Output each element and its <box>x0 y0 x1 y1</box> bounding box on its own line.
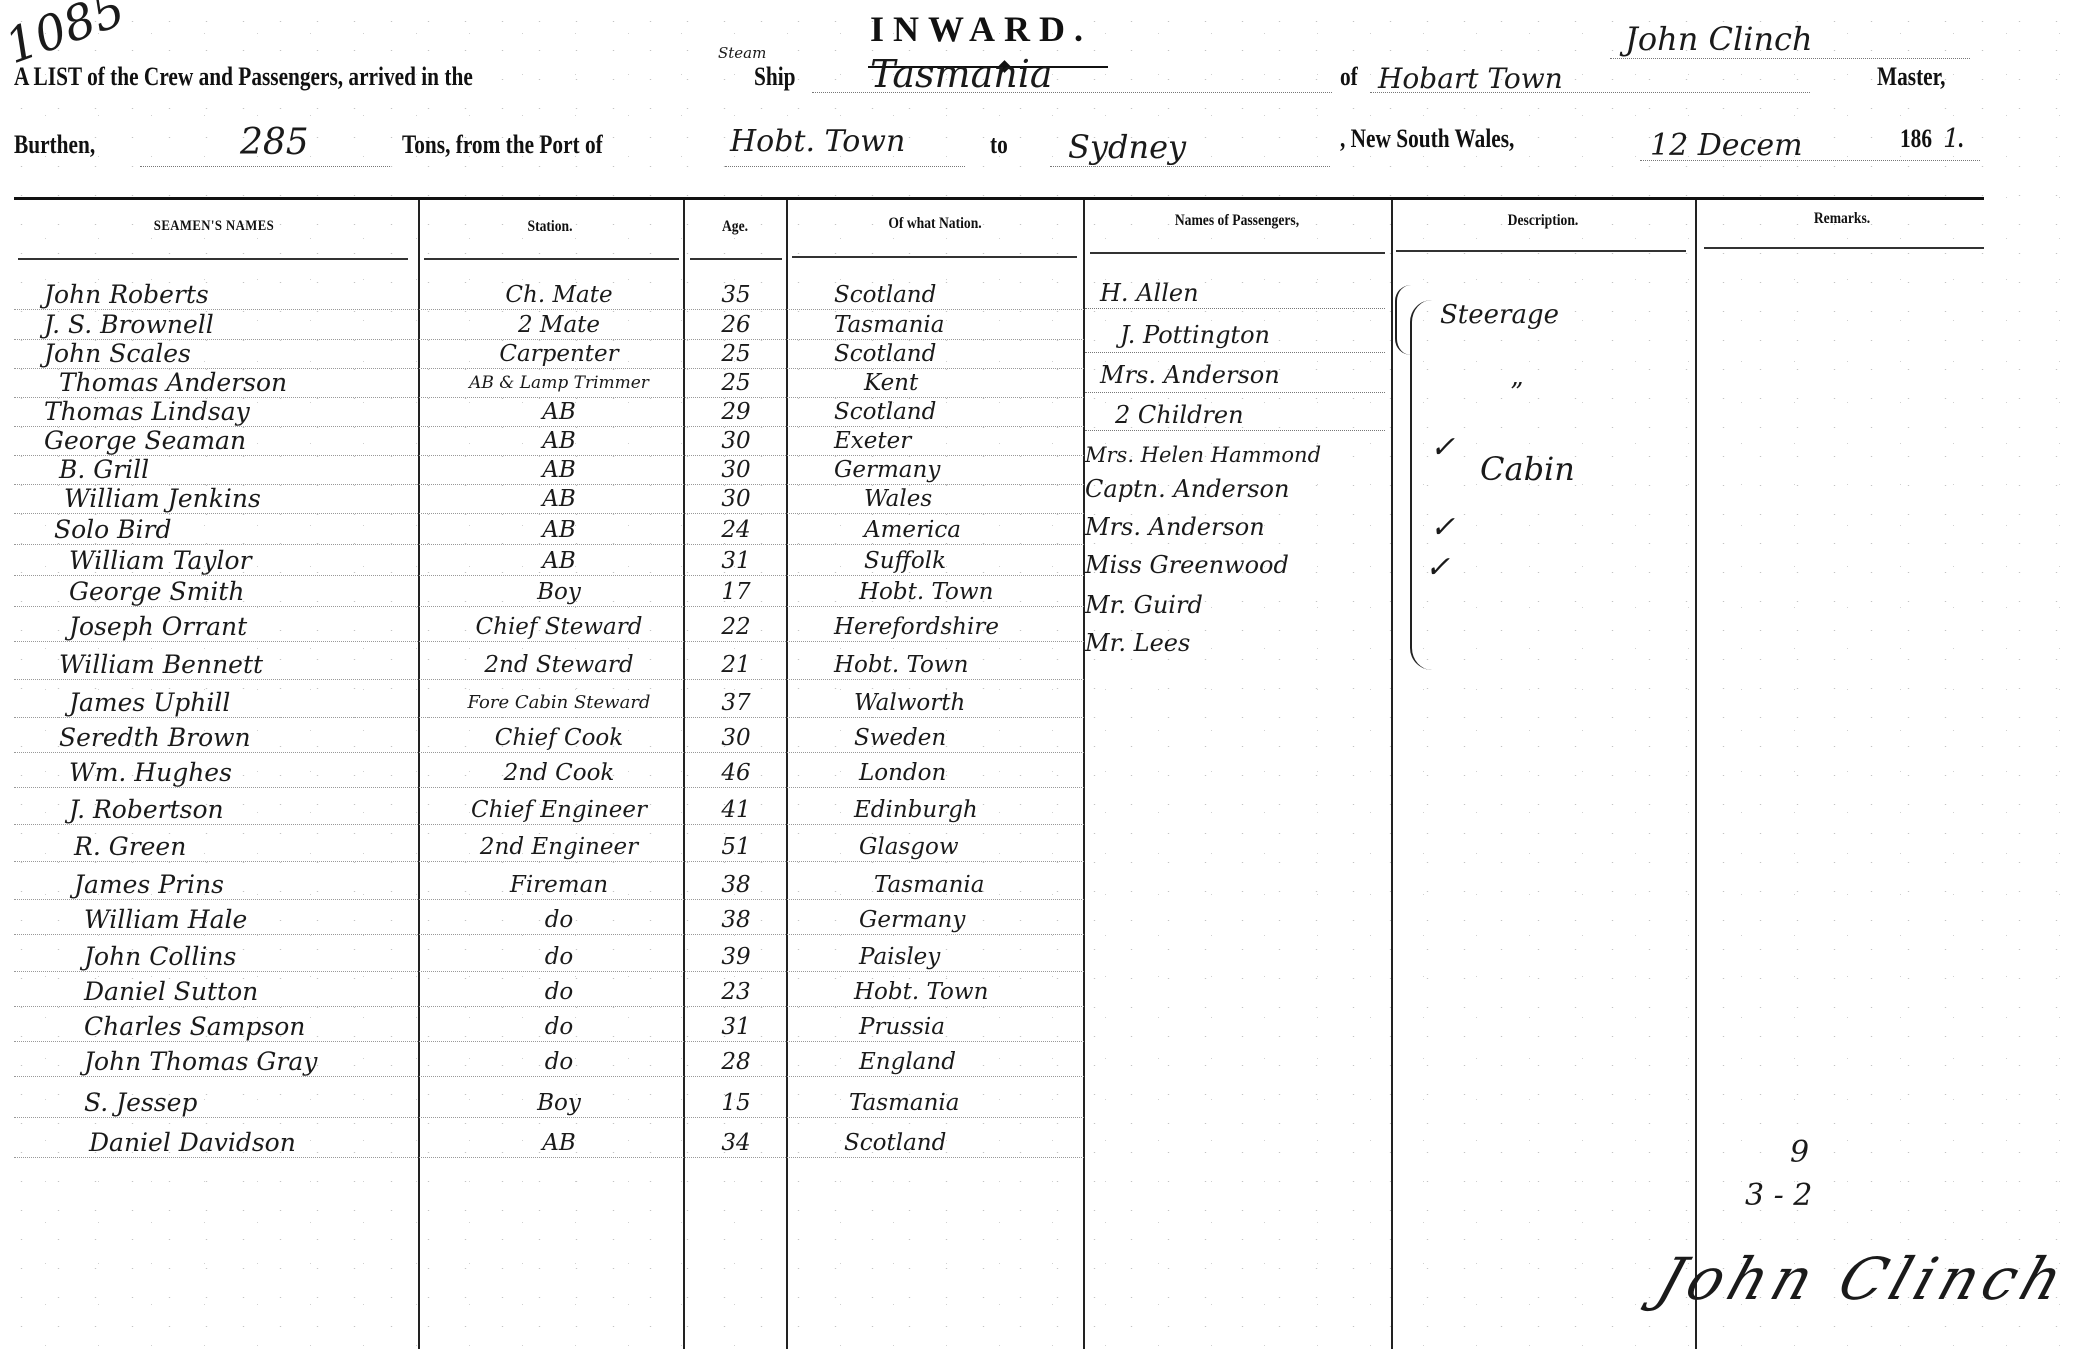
seaman-age: 31 <box>686 546 786 576</box>
seaman-name: John Collins <box>84 942 464 972</box>
arrival-date: 12 Decem <box>1650 128 1803 163</box>
seaman-name: S. Jessep <box>84 1088 464 1118</box>
insertion-steam: Steam <box>718 44 766 62</box>
home-port-line <box>1370 92 1810 93</box>
header-underrule <box>1396 250 1686 252</box>
tick-mark: ✓ <box>1430 510 1455 545</box>
seaman-age: 22 <box>686 612 786 642</box>
ship-name: Tasmania <box>870 52 1053 96</box>
passenger-name: Mr. Lees <box>1085 628 1385 658</box>
seaman-nation: Scotland <box>814 280 1114 310</box>
seaman-nation: Tasmania <box>814 870 1154 900</box>
seaman-nation: Herefordshire <box>814 612 1114 642</box>
seaman-age: 25 <box>686 368 786 398</box>
passenger-name: J. Pottington <box>1120 320 1420 350</box>
passenger-name: Mr. Guird <box>1085 590 1385 620</box>
crew-row: William Bennett2nd Steward21Hobt. Town <box>14 650 1984 680</box>
crew-row: George SeamanAB30Exeter <box>14 426 1984 456</box>
seaman-age: 24 <box>686 515 786 545</box>
seaman-name: George Seaman <box>44 426 424 456</box>
seaman-nation: Germany <box>814 455 1114 485</box>
cabin-brace <box>1410 300 1432 670</box>
tick-mark: ✓ <box>1430 430 1455 465</box>
seaman-age: 38 <box>686 870 786 900</box>
seaman-age: 21 <box>686 650 786 680</box>
passenger-name: Captn. Anderson <box>1085 474 1385 504</box>
seaman-nation: Prussia <box>814 1012 1139 1042</box>
seaman-station: do <box>434 977 684 1007</box>
passenger-rule <box>1085 392 1385 393</box>
seaman-station: AB <box>434 515 684 545</box>
description-steerage: Steerage <box>1440 300 1559 330</box>
seaman-name: Joseph Orrant <box>69 612 449 642</box>
date-line <box>1640 160 1980 161</box>
to-port: Sydney <box>1068 128 1186 166</box>
master-name-line <box>1610 58 1970 59</box>
crew-row: Daniel DavidsonAB34Scotland <box>14 1128 1984 1158</box>
seaman-name: Solo Bird <box>54 515 434 545</box>
seaman-station: AB <box>434 546 684 576</box>
year-prefix: 186 <box>1900 124 1932 154</box>
crew-row: Thomas AndersonAB & Lamp Trimmer25Kent <box>14 368 1984 398</box>
seaman-name: James Uphill <box>69 688 449 718</box>
crew-row: John ScalesCarpenter25Scotland <box>14 339 1984 369</box>
crew-row: Daniel Suttondo23Hobt. Town <box>14 977 1984 1007</box>
ship-label: Ship <box>754 62 795 92</box>
seaman-station: AB <box>434 484 684 514</box>
col-age: Age. <box>693 218 778 236</box>
seaman-station: AB <box>434 426 684 456</box>
passenger-name: Mrs. Helen Hammond <box>1085 440 1385 470</box>
master-signature: John Clinch <box>1649 1245 2074 1313</box>
tons-label: Tons, from the Port of <box>402 130 603 160</box>
seaman-station: Fore Cabin Steward <box>434 688 684 718</box>
burthen-line <box>140 166 390 167</box>
crew-row: R. Green2nd Engineer51Glasgow <box>14 832 1984 862</box>
table-top-rule <box>14 197 1984 200</box>
seaman-age: 39 <box>686 942 786 972</box>
seaman-nation: Tasmania <box>814 1088 1129 1118</box>
to-port-line <box>1050 166 1330 167</box>
seaman-station: 2 Mate <box>434 310 684 340</box>
seaman-station: Boy <box>434 577 684 607</box>
seaman-nation: Walworth <box>814 688 1134 718</box>
seaman-name: J. S. Brownell <box>44 310 424 340</box>
nsw-label: , New South Wales, <box>1340 124 1514 154</box>
passenger-rule <box>1085 308 1385 309</box>
seaman-age: 23 <box>686 977 786 1007</box>
seaman-nation: Hobt. Town <box>814 650 1114 680</box>
crew-row: S. JessepBoy15Tasmania <box>14 1088 1984 1118</box>
crew-row: John Thomas Graydo28England <box>14 1047 1984 1077</box>
seaman-station: AB <box>434 397 684 427</box>
burthen-label: Burthen, <box>14 130 95 160</box>
from-port-line <box>725 166 965 167</box>
seaman-nation: Hobt. Town <box>814 977 1134 1007</box>
remarks-tally-top: 9 <box>1790 1135 1809 1170</box>
crew-row: Seredth BrownChief Cook30Sweden <box>14 723 1984 753</box>
col-station: Station. <box>440 218 661 236</box>
passenger-name: Mrs. Anderson <box>1100 360 1400 390</box>
tick-mark: ✓ <box>1425 550 1450 585</box>
seaman-station: Fireman <box>434 870 684 900</box>
crew-row: Joseph OrrantChief Steward22Herefordshir… <box>14 612 1984 642</box>
crew-row: Charles Sampsondo31Prussia <box>14 1012 1984 1042</box>
crew-row: Wm. Hughes2nd Cook46London <box>14 758 1984 788</box>
seaman-name: Seredth Brown <box>59 723 439 753</box>
crew-row: William TaylorAB31Suffolk <box>14 546 1984 576</box>
master-name: John Clinch <box>1625 20 1813 58</box>
seaman-name: Daniel Davidson <box>89 1128 469 1158</box>
seaman-name: John Scales <box>44 339 424 369</box>
seaman-age: 30 <box>686 426 786 456</box>
header-underrule <box>1704 247 1984 249</box>
year-end: . <box>1958 124 1963 154</box>
master-label: Master, <box>1877 62 1945 92</box>
seaman-name: William Bennett <box>59 650 439 680</box>
crew-row: Thomas LindsayAB29Scotland <box>14 397 1984 427</box>
header-prefix: A LIST of the Crew and Passengers, arriv… <box>14 62 473 92</box>
seaman-age: 15 <box>686 1088 786 1118</box>
passenger-name: Miss Greenwood <box>1085 550 1385 580</box>
seaman-age: 30 <box>686 723 786 753</box>
seaman-name: J. Robertson <box>69 795 449 825</box>
seaman-station: Chief Engineer <box>434 795 684 825</box>
seaman-name: Charles Sampson <box>84 1012 464 1042</box>
description-cabin: Cabin <box>1480 450 1575 488</box>
seaman-name: Thomas Anderson <box>59 368 439 398</box>
seaman-name: Wm. Hughes <box>69 758 449 788</box>
passenger-rule <box>1085 430 1385 431</box>
crew-row: Solo BirdAB24America <box>14 515 1984 545</box>
of-label: of <box>1340 62 1358 92</box>
seaman-station: 2nd Steward <box>434 650 684 680</box>
seaman-name: William Hale <box>84 905 464 935</box>
seaman-age: 38 <box>686 905 786 935</box>
seaman-station: do <box>434 905 684 935</box>
crew-row: J. RobertsonChief Engineer41Edinburgh <box>14 795 1984 825</box>
seaman-name: James Prins <box>74 870 454 900</box>
col-passengers: Names of Passengers, <box>1108 212 1366 230</box>
crew-row: James PrinsFireman38Tasmania <box>14 870 1984 900</box>
seaman-nation: Edinburgh <box>814 795 1134 825</box>
seaman-name: John Roberts <box>44 280 424 310</box>
seaman-age: 30 <box>686 455 786 485</box>
crew-row: George SmithBoy17Hobt. Town <box>14 577 1984 607</box>
burthen-value: 285 <box>240 122 309 163</box>
seaman-age: 51 <box>686 832 786 862</box>
seaman-nation: Scotland <box>814 339 1114 369</box>
seaman-nation: Scotland <box>814 397 1114 427</box>
seaman-age: 17 <box>686 577 786 607</box>
seaman-nation: Paisley <box>814 942 1139 972</box>
remarks-tally-bottom: 3 - 2 <box>1745 1178 1812 1213</box>
seaman-name: George Smith <box>69 577 449 607</box>
seaman-station: do <box>434 1012 684 1042</box>
seaman-age: 46 <box>686 758 786 788</box>
seaman-age: 35 <box>686 280 786 310</box>
seaman-age: 29 <box>686 397 786 427</box>
col-seamen-names: SEAMEN'S NAMES <box>44 218 384 235</box>
passenger-name: Mrs. Anderson <box>1085 512 1385 542</box>
seaman-name: William Taylor <box>69 546 449 576</box>
seaman-nation: Kent <box>814 368 1144 398</box>
crew-row: John Collinsdo39Paisley <box>14 942 1984 972</box>
header-underrule <box>792 256 1077 258</box>
header-underrule <box>690 258 782 260</box>
seaman-nation: England <box>814 1047 1139 1077</box>
seaman-station: Chief Steward <box>434 612 684 642</box>
seaman-nation: London <box>814 758 1139 788</box>
steerage-brace <box>1395 285 1411 355</box>
crew-row: William Haledo38Germany <box>14 905 1984 935</box>
seaman-nation: Glasgow <box>814 832 1139 862</box>
from-port: Hobt. Town <box>730 124 905 159</box>
seaman-nation: Germany <box>814 905 1139 935</box>
seaman-station: AB <box>434 455 684 485</box>
seaman-name: John Thomas Gray <box>84 1047 464 1077</box>
document-title: INWARD. <box>870 8 1092 50</box>
seaman-station: Ch. Mate <box>434 280 684 310</box>
seaman-name: Daniel Sutton <box>84 977 464 1007</box>
seaman-age: 26 <box>686 310 786 340</box>
seaman-age: 41 <box>686 795 786 825</box>
col-description: Description. <box>1416 212 1671 230</box>
crew-row: J. S. Brownell2 Mate26Tasmania <box>14 310 1984 340</box>
header-underrule <box>424 258 679 260</box>
seaman-nation: Scotland <box>814 1128 1124 1158</box>
seaman-age: 34 <box>686 1128 786 1158</box>
crew-row: James UphillFore Cabin Steward37Walworth <box>14 688 1984 718</box>
passenger-name: 2 Children <box>1115 400 1415 430</box>
seaman-name: B. Grill <box>59 455 439 485</box>
to-label: to <box>990 130 1008 160</box>
seaman-station: AB & Lamp Trimmer <box>434 368 684 398</box>
header-underrule <box>1090 252 1385 254</box>
seaman-nation: Tasmania <box>814 310 1114 340</box>
seaman-age: 30 <box>686 484 786 514</box>
seaman-station: AB <box>434 1128 684 1158</box>
seaman-name: Thomas Lindsay <box>44 397 424 427</box>
crew-row: William JenkinsAB30Wales <box>14 484 1984 514</box>
seaman-nation: Sweden <box>814 723 1134 753</box>
passenger-name: H. Allen <box>1100 278 1400 308</box>
seaman-name: R. Green <box>74 832 454 862</box>
seaman-station: 2nd Engineer <box>434 832 684 862</box>
passenger-rule <box>1085 352 1385 353</box>
crew-row: John RobertsCh. Mate35Scotland <box>14 280 1984 310</box>
seaman-age: 28 <box>686 1047 786 1077</box>
seaman-station: 2nd Cook <box>434 758 684 788</box>
seaman-station: Carpenter <box>434 339 684 369</box>
seaman-age: 25 <box>686 339 786 369</box>
col-remarks: Remarks. <box>1719 210 1966 228</box>
seaman-name: William Jenkins <box>64 484 444 514</box>
crew-row: B. GrillAB30Germany <box>14 455 1984 485</box>
seaman-station: do <box>434 942 684 972</box>
seaman-station: do <box>434 1047 684 1077</box>
seaman-station: Chief Cook <box>434 723 684 753</box>
description-ditto: ” <box>1510 378 1523 408</box>
header-underrule <box>18 258 408 260</box>
col-nation: Of what Nation. <box>810 215 1060 233</box>
seaman-age: 37 <box>686 688 786 718</box>
seaman-age: 31 <box>686 1012 786 1042</box>
seaman-nation: Exeter <box>814 426 1114 456</box>
home-port: Hobart Town <box>1378 62 1563 95</box>
seaman-station: Boy <box>434 1088 684 1118</box>
